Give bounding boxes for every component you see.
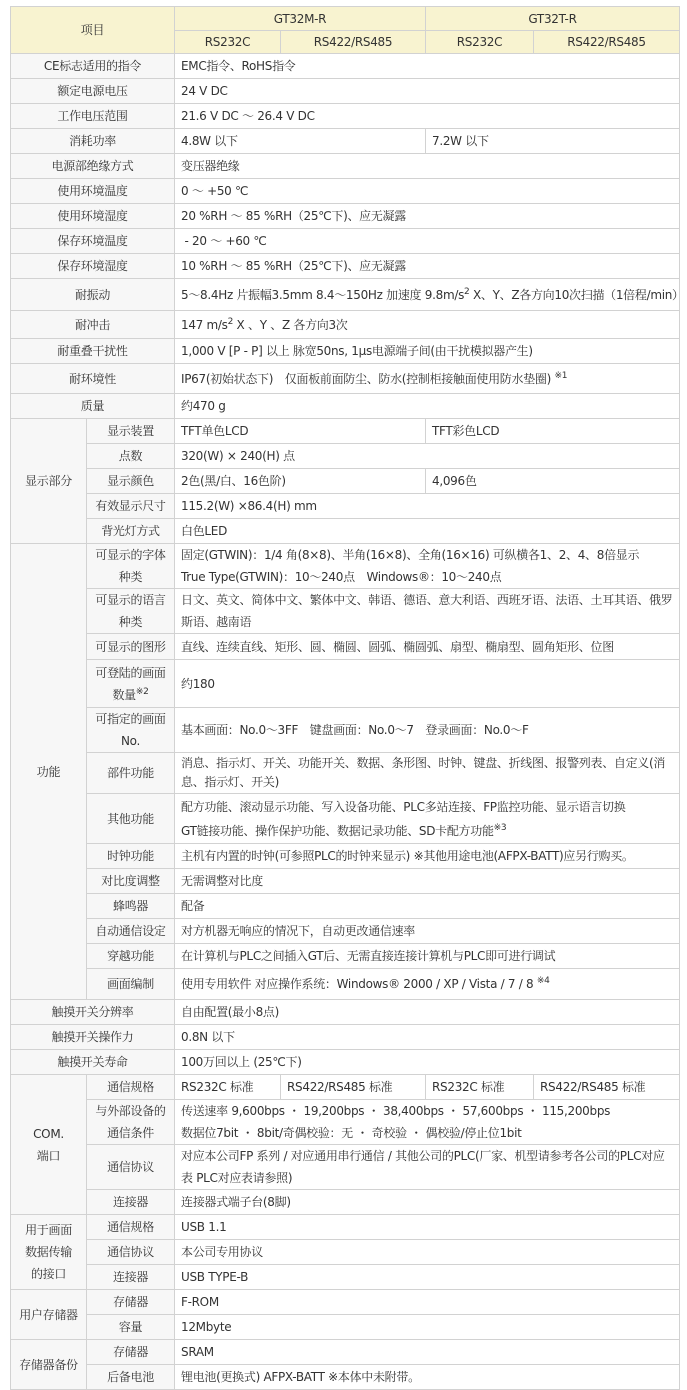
- row-label: CE标志适用的指令: [11, 54, 175, 79]
- row-label: 连接器: [87, 1265, 175, 1290]
- table-row: 显示颜色 2色(黑/白、16色阶) 4,096色: [11, 469, 680, 494]
- table-row: 电源部绝缘方式 变压器绝缘: [11, 154, 680, 179]
- row-label: 画面编制: [87, 969, 175, 1000]
- row-label: 其他功能: [87, 794, 175, 844]
- table-row: 穿越功能 在计算机与PLC之间插入GT后、无需直接连接计算机与PLC即可进行调试: [11, 944, 680, 969]
- table-row: 画面编制 使用专用软件 对应操作系统：Windows® 2000 / XP / …: [11, 969, 680, 1000]
- row-value: 基本画面：No.0～3FF 键盘画面：No.0～7 登录画面：No.0～F: [175, 708, 680, 753]
- row-value: RS232C 标准: [426, 1075, 534, 1100]
- row-value: 21.6 V DC ～ 26.4 V DC: [175, 104, 680, 129]
- row-value: 0.8N 以下: [175, 1025, 680, 1050]
- row-label: 工作电压范围: [11, 104, 175, 129]
- row-label: 穿越功能: [87, 944, 175, 969]
- row-label: 使用环境温度: [11, 179, 175, 204]
- row-label: 消耗功率: [11, 129, 175, 154]
- row-value: 直线、连续直线、矩形、圆、椭圆、圆弧、椭圆弧、扇型、椭扇型、圆角矩形、位图: [175, 634, 680, 660]
- row-label: 保存环境湿度: [11, 254, 175, 279]
- row-label: 存储器: [87, 1340, 175, 1365]
- table-row: 耐环境性 IP67(初始状态下) 仅面板前面防尘、防水(控制柜接触面使用防水垫圈…: [11, 364, 680, 394]
- header-port: RS232C: [426, 31, 534, 54]
- row-label: 显示颜色: [87, 469, 175, 494]
- row-value: RS232C 标准: [175, 1075, 281, 1100]
- table-row: 额定电源电压 24 V DC: [11, 79, 680, 104]
- table-row: 使用环境湿度 20 %RH ～ 85 %RH（25℃下)、应无凝露: [11, 204, 680, 229]
- row-label: 保存环境温度: [11, 229, 175, 254]
- table-row: 自动通信设定 对方机器无响应的情况下，自动更改通信速率: [11, 919, 680, 944]
- row-value: 147 m/s2 X 、Y 、Z 各方向3次: [175, 311, 680, 339]
- row-value: 约470 g: [175, 394, 680, 419]
- row-value: 日文、英文、简体中文、繁体中文、韩语、德语、意大利语、西班牙语、法语、土耳其语、…: [175, 589, 680, 634]
- row-value: 1,000 V [P - P] 以上 脉宽50ns, 1μs电源端子间(由干扰模…: [175, 339, 680, 364]
- group-label-function: 功能: [11, 544, 87, 1000]
- table-row: 有效显示尺寸 115.2(W) ×86.4(H) mm: [11, 494, 680, 519]
- row-label: 对比度调整: [87, 869, 175, 894]
- row-label: 连接器: [87, 1190, 175, 1215]
- row-value: 5～8.4Hz 片振幅3.5mm 8.4～150Hz 加速度 9.8m/s2 X…: [175, 279, 680, 311]
- row-value: - 20 ～ +60 ℃: [175, 229, 680, 254]
- table-row: 显示部分 显示装置 TFT单色LCD TFT彩色LCD: [11, 419, 680, 444]
- row-value: 10 %RH ～ 85 %RH（25℃下)、应无凝露: [175, 254, 680, 279]
- row-label: 触摸开关分辨率: [11, 1000, 175, 1025]
- table-row: 容量 12Mbyte: [11, 1315, 680, 1340]
- row-value: 配备: [175, 894, 680, 919]
- row-label: 显示装置: [87, 419, 175, 444]
- row-label: 自动通信设定: [87, 919, 175, 944]
- row-label: 使用环境湿度: [11, 204, 175, 229]
- row-value: 20 %RH ～ 85 %RH（25℃下)、应无凝露: [175, 204, 680, 229]
- row-label: 背光灯方式: [87, 519, 175, 544]
- table-row: CE标志适用的指令 EMC指令、RoHS指令: [11, 54, 680, 79]
- row-label: 通信协议: [87, 1240, 175, 1265]
- row-value: 0 ～ +50 ℃: [175, 179, 680, 204]
- row-value: 无需调整对比度: [175, 869, 680, 894]
- header-model-t: GT32T-R: [426, 7, 680, 31]
- row-value: F-ROM: [175, 1290, 680, 1315]
- table-row: 使用环境温度 0 ～ +50 ℃: [11, 179, 680, 204]
- row-value: 24 V DC: [175, 79, 680, 104]
- row-value-t: TFT彩色LCD: [426, 419, 680, 444]
- row-label: 电源部绝缘方式: [11, 154, 175, 179]
- row-label: 点数: [87, 444, 175, 469]
- header-row-models: 项目 GT32M-R GT32T-R: [11, 7, 680, 31]
- row-value: USB 1.1: [175, 1215, 680, 1240]
- table-row: 蜂鸣器 配备: [11, 894, 680, 919]
- table-row: 时钟功能 主机有内置的时钟(可参照PLC的时钟来显示) ※其他用途电池(AFPX…: [11, 844, 680, 869]
- row-label: 可指定的画面No.: [87, 708, 175, 753]
- row-value: 白色LED: [175, 519, 680, 544]
- row-value: 固定(GTWIN)：1/4 角(8×8)、半角(16×8)、全角(16×16) …: [175, 544, 680, 589]
- table-row: 背光灯方式 白色LED: [11, 519, 680, 544]
- row-label: 通信规格: [87, 1215, 175, 1240]
- row-label: 有效显示尺寸: [87, 494, 175, 519]
- table-row: 可指定的画面No. 基本画面：No.0～3FF 键盘画面：No.0～7 登录画面…: [11, 708, 680, 753]
- row-value: 变压器绝缘: [175, 154, 680, 179]
- group-label-user-memory: 用户存储器: [11, 1290, 87, 1340]
- table-row: 耐重叠干扰性 1,000 V [P - P] 以上 脉宽50ns, 1μs电源端…: [11, 339, 680, 364]
- row-label: 可显示的图形: [87, 634, 175, 660]
- row-value: 在计算机与PLC之间插入GT后、无需直接连接计算机与PLC即可进行调试: [175, 944, 680, 969]
- row-value: 消息、指示灯、开关、功能开关、数据、条形图、时钟、键盘、折线图、报警列表、自定义…: [175, 753, 680, 794]
- table-row: 耐冲击 147 m/s2 X 、Y 、Z 各方向3次: [11, 311, 680, 339]
- row-value: IP67(初始状态下) 仅面板前面防尘、防水(控制柜接触面使用防水垫圈) ※1: [175, 364, 680, 394]
- table-row: 与外部设备的通信条件 传送速率 9,600bps ・ 19,200bps ・ 3…: [11, 1100, 680, 1145]
- row-value-m: TFT单色LCD: [175, 419, 426, 444]
- row-label: 耐振动: [11, 279, 175, 311]
- table-row: 工作电压范围 21.6 V DC ～ 26.4 V DC: [11, 104, 680, 129]
- row-value: 12Mbyte: [175, 1315, 680, 1340]
- row-label: 耐冲击: [11, 311, 175, 339]
- table-row: 通信协议 本公司专用协议: [11, 1240, 680, 1265]
- group-label-backup: 存储器备份: [11, 1340, 87, 1387]
- row-value: RS422/RS485 标准: [534, 1075, 680, 1100]
- table-row: 部件功能 消息、指示灯、开关、功能开关、数据、条形图、时钟、键盘、折线图、报警列…: [11, 753, 680, 794]
- row-label: 与外部设备的通信条件: [87, 1100, 175, 1145]
- table-row: 触摸开关寿命 100万回以上 (25℃下): [11, 1050, 680, 1075]
- table-row: 用于画面数据传输的接口 通信规格 USB 1.1: [11, 1215, 680, 1240]
- table-row: COM.端口 通信规格 RS232C 标准 RS422/RS485 标准 RS2…: [11, 1075, 680, 1100]
- row-value: SRAM: [175, 1340, 680, 1365]
- row-value: 配方功能、滚动显示功能、写入设备功能、PLC多站连接、FP监控功能、显示语言切换…: [175, 794, 680, 844]
- group-label-display: 显示部分: [11, 419, 87, 544]
- table-row: 可显示的图形 直线、连续直线、矩形、圆、椭圆、圆弧、椭圆弧、扇型、椭扇型、圆角矩…: [11, 634, 680, 660]
- table-row: 触摸开关分辨率 自由配置(最小8点): [11, 1000, 680, 1025]
- header-port: RS422/RS485: [281, 31, 426, 54]
- row-label: 可显示的字体种类: [87, 544, 175, 589]
- row-value: 对应本公司FP 系列 / 对应通用串行通信 / 其他公司的PLC(厂家、机型请参…: [175, 1145, 680, 1190]
- table-row: 触摸开关操作力 0.8N 以下: [11, 1025, 680, 1050]
- table-row: 可登陆的画面数量※2 约180: [11, 660, 680, 708]
- row-value: 100万回以上 (25℃下): [175, 1050, 680, 1075]
- spec-table: 项目 GT32M-R GT32T-R RS232C RS422/RS485 RS…: [10, 6, 680, 1386]
- row-label: 蜂鸣器: [87, 894, 175, 919]
- row-value: USB TYPE-B: [175, 1265, 680, 1290]
- row-label: 后备电池: [87, 1365, 175, 1387]
- row-value-t: 7.2W 以下: [426, 129, 680, 154]
- table-row: 质量 约470 g: [11, 394, 680, 419]
- row-value-m: 4.8W 以下: [175, 129, 426, 154]
- row-label: 容量: [87, 1315, 175, 1340]
- table-row: 可显示的语言种类 日文、英文、简体中文、繁体中文、韩语、德语、意大利语、西班牙语…: [11, 589, 680, 634]
- row-value-t: 4,096色: [426, 469, 680, 494]
- row-label: 可显示的语言种类: [87, 589, 175, 634]
- table-row: 存储器备份 存储器 SRAM: [11, 1340, 680, 1365]
- table-row: 耐振动 5～8.4Hz 片振幅3.5mm 8.4～150Hz 加速度 9.8m/…: [11, 279, 680, 311]
- row-value: 自由配置(最小8点): [175, 1000, 680, 1025]
- header-item: 项目: [11, 7, 175, 54]
- row-label: 额定电源电压: [11, 79, 175, 104]
- row-value: 传送速率 9,600bps ・ 19,200bps ・ 38,400bps ・ …: [175, 1100, 680, 1145]
- row-label: 通信规格: [87, 1075, 175, 1100]
- row-value: 115.2(W) ×86.4(H) mm: [175, 494, 680, 519]
- table-row: 用户存储器 存储器 F-ROM: [11, 1290, 680, 1315]
- table-row: 保存环境湿度 10 %RH ～ 85 %RH（25℃下)、应无凝露: [11, 254, 680, 279]
- row-value: 320(W) × 240(H) 点: [175, 444, 680, 469]
- row-value: 本公司专用协议: [175, 1240, 680, 1265]
- header-port: RS422/RS485: [534, 31, 680, 54]
- table-row: 保存环境温度 - 20 ～ +60 ℃: [11, 229, 680, 254]
- row-label: 质量: [11, 394, 175, 419]
- row-label: 触摸开关操作力: [11, 1025, 175, 1050]
- row-value: 锂电池(更换式) AFPX-BATT ※本体中未附带。: [175, 1365, 680, 1387]
- header-model-m: GT32M-R: [175, 7, 426, 31]
- row-label: 部件功能: [87, 753, 175, 794]
- table-row: 对比度调整 无需调整对比度: [11, 869, 680, 894]
- table-row: 功能 可显示的字体种类 固定(GTWIN)：1/4 角(8×8)、半角(16×8…: [11, 544, 680, 589]
- row-label: 可登陆的画面数量※2: [87, 660, 175, 708]
- table-row: 连接器 连接器式端子台(8脚): [11, 1190, 680, 1215]
- header-port: RS232C: [175, 31, 281, 54]
- table-row: 连接器 USB TYPE-B: [11, 1265, 680, 1290]
- row-label: 耐环境性: [11, 364, 175, 394]
- row-value: 约180: [175, 660, 680, 708]
- table-row: 后备电池 锂电池(更换式) AFPX-BATT ※本体中未附带。: [11, 1365, 680, 1387]
- table-row: 通信协议 对应本公司FP 系列 / 对应通用串行通信 / 其他公司的PLC(厂家…: [11, 1145, 680, 1190]
- row-label: 通信协议: [87, 1145, 175, 1190]
- row-value: 主机有内置的时钟(可参照PLC的时钟来显示) ※其他用途电池(AFPX-BATT…: [175, 844, 680, 869]
- table-row: 消耗功率 4.8W 以下 7.2W 以下: [11, 129, 680, 154]
- table-row: 点数 320(W) × 240(H) 点: [11, 444, 680, 469]
- row-value: EMC指令、RoHS指令: [175, 54, 680, 79]
- row-value: 使用专用软件 对应操作系统：Windows® 2000 / XP / Vista…: [175, 969, 680, 1000]
- group-label-usb: 用于画面数据传输的接口: [11, 1215, 87, 1290]
- row-label: 时钟功能: [87, 844, 175, 869]
- row-value: RS422/RS485 标准: [281, 1075, 426, 1100]
- group-label-com: COM.端口: [11, 1075, 87, 1215]
- row-label: 触摸开关寿命: [11, 1050, 175, 1075]
- row-value: 连接器式端子台(8脚): [175, 1190, 680, 1215]
- row-value-m: 2色(黑/白、16色阶): [175, 469, 426, 494]
- row-label: 耐重叠干扰性: [11, 339, 175, 364]
- row-value: 对方机器无响应的情况下，自动更改通信速率: [175, 919, 680, 944]
- table-row: 其他功能 配方功能、滚动显示功能、写入设备功能、PLC多站连接、FP监控功能、显…: [11, 794, 680, 844]
- row-label: 存储器: [87, 1290, 175, 1315]
